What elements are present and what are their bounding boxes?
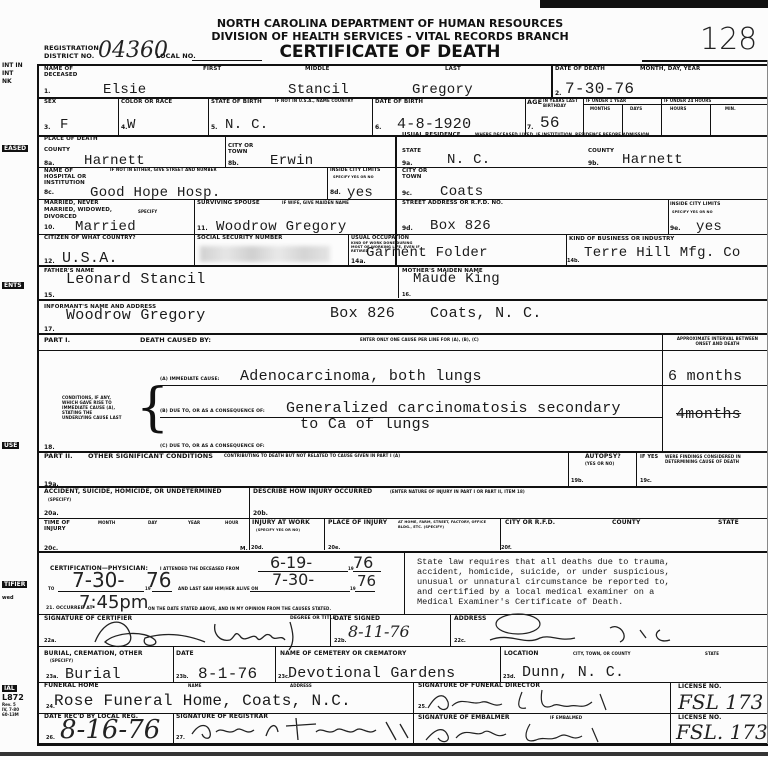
rule (636, 451, 637, 487)
item-8b: 8b. (228, 160, 239, 167)
item-23b: 23b. (176, 674, 188, 680)
due-to-b-label: (b) DUE TO, OR AS A CONSEQUENCE OF: (160, 409, 265, 415)
rule (37, 551, 768, 553)
name-of-deceased-label: NAME OF DECEASED (44, 66, 94, 78)
local-no-line (192, 60, 262, 61)
rule (395, 167, 768, 168)
date-signed: 8-11-76 (348, 622, 410, 641)
item-9d: 9d. (402, 225, 413, 232)
item-14b: 14b. (567, 258, 579, 264)
rule (622, 104, 623, 135)
days-label: DAYS (630, 106, 642, 112)
res-state-label: STATE (402, 148, 421, 154)
sex-value: F (60, 117, 69, 133)
state-of-birth-note: IF NOT IN U.S.A., NAME COUNTRY (275, 98, 353, 104)
informant-address-city: Coats, N. C. (430, 305, 542, 322)
rule (275, 646, 276, 682)
item-9b: 9b. (588, 160, 599, 167)
place-of-death-label: PLACE OF DEATH (44, 136, 98, 142)
injury-at-work-note: (SPECIFY YES OR NO) (256, 527, 300, 533)
res-county: Harnett (622, 152, 683, 168)
rule (525, 97, 526, 135)
date-of-birth: 4-8-1920 (397, 116, 471, 133)
margin-tab-burial: IAL (2, 685, 17, 692)
citizen-label: CITIZEN OF WHAT COUNTRY? (44, 235, 136, 241)
time-hour-label: HOUR (225, 520, 238, 526)
rule (583, 97, 584, 135)
rule (710, 104, 711, 135)
first-name: Elsie (103, 82, 147, 98)
rule (250, 591, 350, 592)
item-12: 12. (44, 258, 55, 265)
date-format-label: MONTH, DAY, YEAR (640, 66, 700, 72)
accident-label: ACCIDENT, SUICIDE, HOMICIDE, OR UNDETERM… (44, 489, 222, 495)
registrar-signature (186, 714, 416, 744)
funeral-home-address-label: ADDRESS (290, 683, 312, 689)
cause-b-line-2: to Ca of lungs (300, 416, 430, 433)
industry: Terre Hill Mfg. Co (584, 245, 741, 261)
item-15: 15. (44, 292, 55, 299)
rule (37, 333, 768, 335)
item-9a: 9a. (402, 160, 413, 167)
death-caused-by-label: DEATH CAUSED BY: (140, 337, 211, 343)
time-month-label: MONTH (98, 520, 115, 526)
burial-method: Burial (65, 666, 121, 683)
due-to-c-label: (c) DUE TO, OR AS A CONSEQUENCE OF: (160, 444, 265, 450)
item-11: 11. (197, 225, 208, 232)
describe-injury-label: DESCRIBE HOW INJURY OCCURRED (253, 489, 372, 495)
rule (355, 591, 375, 592)
rule (551, 64, 553, 98)
cemetery-name: Devotional Gardens (288, 665, 455, 682)
burial-note: (SPECIFY) (50, 658, 73, 664)
injury-state-label: STATE (718, 520, 739, 526)
min-label: MIN. (725, 106, 736, 112)
item-20a: 20a. (44, 510, 59, 517)
rule (37, 299, 768, 301)
state-of-birth: N. C. (225, 117, 269, 133)
item-17: 17. (44, 326, 55, 333)
part-2-label: PART II. (44, 453, 73, 459)
location-note: CITY, TOWN, OR COUNTY (573, 651, 631, 657)
time-of-death: 7:45pm (79, 592, 148, 613)
item-5: 5. (211, 124, 217, 131)
margin-top-text: INT ININTNK (2, 62, 23, 86)
license-label-1: LICENSE NO. (678, 684, 721, 690)
date-of-death-label: DATE OF DEATH (555, 66, 605, 72)
cause-instruction: ENTER ONLY ONE CAUSE PER LINE FOR (a), (… (360, 337, 479, 343)
burial-label: BURIAL, CREMATION, OTHER (44, 651, 143, 657)
certificate-number: 128 (700, 22, 757, 57)
mother-name: Maude King (413, 271, 500, 287)
res-county-label: COUNTY (588, 148, 614, 154)
rule (37, 646, 768, 647)
item-9c: 9c. (402, 190, 412, 197)
res-state: N. C. (447, 152, 491, 168)
cemetery-label: NAME OF CEMETERY OR CREMATORY (280, 651, 406, 657)
registration-label: REGISTRATION (44, 45, 99, 51)
rule (173, 646, 174, 682)
rule (37, 350, 768, 351)
findings-note: WERE FINDINGS CONSIDERED IN DETERMINING … (665, 454, 765, 464)
injury-at-work-label: INJURY AT WORK (252, 520, 310, 526)
occupation: Garment Folder (366, 245, 488, 261)
cause-b-line-1: Generalized carcinomatosis secondary (286, 400, 621, 417)
injury-county-label: COUNTY (612, 520, 640, 526)
pod-inside-limits-note: SPECIFY YES OR NO (333, 174, 374, 180)
item-19b: 19b. (571, 478, 583, 484)
item-20b: 20b. (253, 510, 268, 517)
part-2-title: OTHER SIGNIFICANT CONDITIONS (88, 453, 213, 459)
last-saw-date: 7-30- (272, 570, 314, 589)
rule (37, 265, 768, 267)
rule (324, 518, 325, 550)
injury-city-label: CITY OR R.F.D. (505, 520, 555, 526)
margin-form-number: L872 Rev. 5 IV, 7-80 60-13M (2, 694, 24, 717)
rule (583, 104, 768, 105)
last-name: Gregory (412, 82, 473, 98)
accident-note: (SPECIFY) (48, 497, 71, 503)
date-of-death: 7-30-76 (565, 80, 634, 98)
part-2-note: CONTRIBUTING TO DEATH BUT NOT RELATED TO… (224, 453, 400, 459)
informant-address-box: Box 826 (330, 305, 395, 322)
attended-to-year: 76 (146, 568, 171, 592)
rule (500, 646, 501, 682)
location-label: LOCATION (504, 651, 539, 657)
item-23a: 23a. (46, 674, 58, 680)
conditions-brace: { (136, 382, 169, 434)
rule (668, 199, 669, 234)
rule (327, 167, 328, 199)
res-inside-limits: yes (696, 219, 722, 235)
item-19c: 19c. (640, 478, 652, 484)
rule (37, 518, 768, 519)
district-label: DISTRICT NO. (44, 53, 94, 59)
middle-label: MIDDLE (305, 66, 330, 72)
to-label: TO (48, 586, 54, 592)
color-value: W (127, 117, 136, 133)
hours-label: HOURS (670, 106, 686, 112)
autopsy-note: (YES OR NO) (585, 461, 614, 467)
months-label: MONTHS (590, 106, 610, 112)
father-name: Leonard Stancil (66, 271, 206, 288)
rule (330, 614, 331, 646)
funeral-license-2: FSL. 173 (676, 720, 768, 744)
residence-label: USUAL RESIDENCE (402, 132, 461, 138)
pod-county-label: COUNTY (44, 147, 70, 153)
rule (118, 97, 119, 135)
item-22b: 22b. (334, 638, 346, 644)
middle-name: Stancil (288, 82, 349, 98)
residence-note: WHERE DECEASED LIVED. IF INSTITUTION, RE… (475, 132, 649, 138)
first-label: FIRST (203, 66, 221, 72)
age-label: AGE (527, 99, 542, 105)
burial-date: 8-1-76 (198, 665, 257, 683)
embalmer-signature (420, 718, 640, 746)
attended-text: I ATTENDED THE DECEASED FROM (160, 566, 239, 572)
rule (225, 135, 226, 167)
immediate-cause: Adenocarcinoma, both lungs (240, 368, 482, 385)
part-1-label: PART I. (44, 337, 70, 343)
sex-label: SEX (44, 99, 56, 105)
state-law-notice: State law requires that all deaths due t… (417, 557, 670, 607)
time-year-label: YEAR (188, 520, 200, 526)
location-state-label: STATE (705, 651, 719, 657)
item-7: 7. (527, 124, 533, 131)
margin-tab-certifier: TIFIER (2, 581, 27, 588)
spouse-label: SURVIVING SPOUSE (197, 200, 260, 206)
margin-tab-parents: ENTS (2, 282, 24, 289)
margin-tab-use: USE (2, 442, 19, 449)
cause-b-interval: 4months (676, 406, 741, 423)
conditions-label: CONDITIONS, IF ANY, WHICH GAVE RISE TO I… (62, 395, 122, 420)
item-9e: 9e. (670, 225, 681, 232)
funeral-home: Rose Funeral Home, Coats, N.C. (54, 692, 351, 710)
item-3: 3. (44, 124, 50, 131)
header-rule (642, 60, 768, 62)
industry-label: KIND OF BUSINESS OR INDUSTRY (569, 236, 674, 242)
time-of-injury-label: TIME OF INJURY (44, 520, 74, 532)
res-inside-limits-note: SPECIFY YES OR NO (672, 209, 713, 215)
res-city: Coats (440, 184, 484, 200)
marital-status: Married (75, 219, 136, 235)
place-of-injury-label: PLACE OF INJURY (328, 520, 387, 526)
item-8c: 8c. (44, 189, 54, 196)
findings-label: IF YES (640, 454, 658, 460)
marital-note: SPECIFY (138, 209, 157, 215)
autopsy-label: AUTOPSY? (585, 454, 621, 460)
rule (398, 265, 399, 298)
item-2: 2. (555, 90, 561, 97)
margin-certifier-sub: wed (2, 594, 14, 602)
spouse-note: IF WIFE, GIVE MAIDEN NAME (282, 200, 349, 206)
age-note: IN YEARS LAST BIRTHDAY (543, 98, 581, 108)
item-27: 27. (176, 735, 185, 741)
item-22a: 22a. (44, 638, 56, 644)
attended-to-date: 7-30- (72, 568, 125, 592)
time-day-label: DAY (148, 520, 157, 526)
item-16: 16. (402, 292, 411, 298)
item-1: 1. (44, 88, 50, 95)
rule (152, 591, 172, 592)
ssn-redacted (200, 246, 330, 262)
marital-label: MARRIED, NEVER MARRIED, WIDOWED, DIVORCE… (44, 200, 124, 221)
rule (37, 682, 768, 683)
under-24-hours-label: IF UNDER 24 HOURS (664, 98, 711, 104)
color-race-label: COLOR OR RACE (121, 99, 172, 105)
res-street-label: STREET ADDRESS OR R.F.D. No. (402, 200, 503, 206)
item-8a: 8a. (44, 160, 55, 167)
res-street: Box 826 (430, 218, 491, 234)
hospital-note: IF NOT IN EITHER, GIVE STREET AND NUMBER (110, 167, 217, 173)
rule (194, 199, 195, 265)
rule (173, 713, 174, 744)
funeral-license-1: FSL 173 (678, 690, 763, 714)
age-value: 56 (540, 114, 560, 132)
local-no-label: LOCAL NO. (156, 53, 196, 59)
last-saw-text: AND LAST SAW HIM/HER ALIVE ON (178, 586, 258, 592)
top-edge-bar (540, 0, 768, 8)
certificate-title: CERTIFICATE OF DEATH (170, 42, 610, 62)
date-of-birth-label: DATE OF BIRTH (375, 99, 423, 105)
attended-from-year: 76 (353, 553, 373, 572)
hospital-label: NAME OF HOSPITAL OR INSTITUTION (44, 168, 89, 186)
burial-location: Dunn, N. C. (522, 664, 624, 681)
form-left-border (37, 64, 39, 744)
item-8d: 8d. (330, 189, 341, 196)
immediate-cause-interval: 6 months (668, 368, 742, 385)
scan-bottom-edge (0, 752, 768, 756)
rule (450, 614, 451, 646)
item-26: 26. (46, 735, 55, 741)
describe-injury-note: (ENTER NATURE OF INJURY IN PART I OR PAR… (390, 489, 525, 495)
item-22c: 22c. (454, 638, 466, 644)
state-of-birth-label: STATE OF BIRTH (211, 99, 262, 105)
item-18: 18. (44, 444, 55, 451)
interval-label: APPROXIMATE INTERVAL BETWEEN ONSET AND D… (670, 336, 765, 346)
item-14a: 14a. (351, 258, 366, 265)
informant-name: Woodrow Gregory (66, 307, 206, 324)
funeral-director-signature (422, 686, 622, 714)
date-received: 8-16-76 (60, 715, 160, 745)
ssn-label: SOCIAL SECURITY NUMBER (197, 235, 282, 241)
rule (208, 97, 209, 135)
margin-tab-deceased: EASED (2, 145, 28, 152)
department-title: NORTH CAROLINA DEPARTMENT OF HUMAN RESOU… (170, 17, 610, 30)
res-city-label: CITY OR TOWN (402, 168, 432, 180)
last-saw-year: 76 (357, 572, 376, 590)
certifier-address-signature (480, 612, 700, 648)
funeral-home-name-label: NAME (188, 683, 202, 689)
rule (348, 234, 349, 265)
rule (568, 451, 569, 487)
burial-date-label: DATE (176, 651, 194, 657)
rule (372, 97, 373, 135)
item-23d: 23d. (503, 674, 515, 680)
last-label: LAST (445, 66, 461, 72)
item-10: 10. (44, 224, 55, 231)
spouse-name: Woodrow Gregory (216, 219, 347, 235)
rule (404, 551, 405, 614)
pod-city-label: CITY OR TOWN (228, 143, 258, 155)
rule (160, 385, 768, 386)
item-6: 6. (375, 124, 381, 131)
res-inside-limits-label: INSIDE CITY LIMITS (670, 202, 720, 208)
place-of-injury-note: AT HOME, FARM, STREET, FACTORY, OFFICE B… (398, 520, 498, 530)
funeral-home-label: FUNERAL HOME (44, 683, 99, 689)
rule (661, 97, 662, 135)
